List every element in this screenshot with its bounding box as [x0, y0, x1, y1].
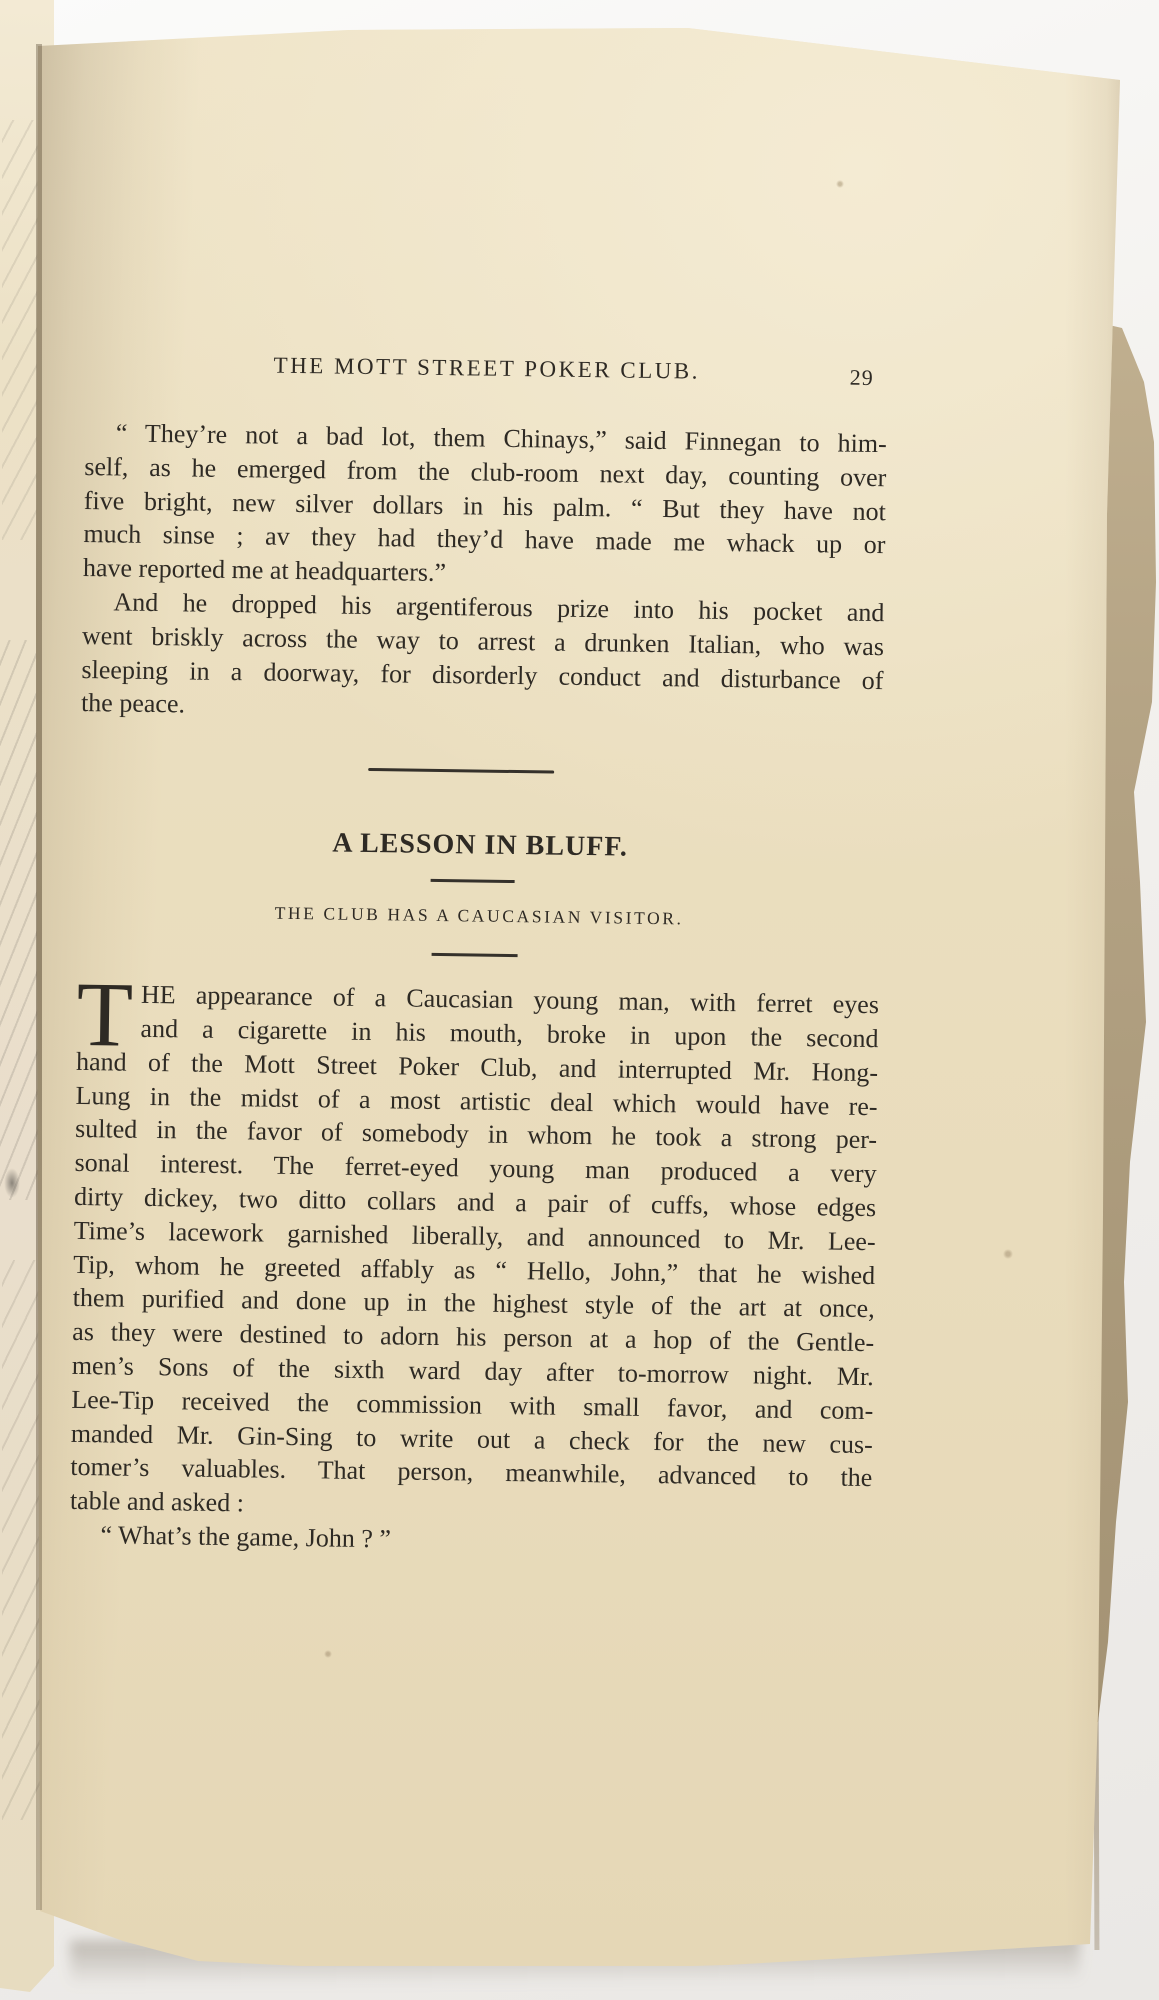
printed-text-block: THE MOTT STREET POKER CLUB. 29 “ They’re…: [69, 350, 888, 1563]
section-divider-rule: [368, 768, 554, 774]
paragraph-finnegan-quote: “ They’re not a bad lot, them Chinays,” …: [83, 416, 887, 596]
page-number: 29: [850, 365, 874, 391]
drop-cap-letter: T: [76, 968, 133, 1061]
ink-smudge: [4, 1168, 20, 1198]
running-head: THE MOTT STREET POKER CLUB.: [273, 353, 700, 384]
gutter-seam: [36, 44, 42, 1910]
paragraph-finnegan-exit: And he dropped his argentiferous prize i…: [81, 585, 885, 731]
drop-cap: T: [76, 981, 131, 1044]
chapter-title: A LESSON IN BLUFF.: [79, 823, 881, 868]
book-photo: THE MOTT STREET POKER CLUB. 29 “ They’re…: [0, 0, 1159, 2000]
subtitle-divider-rule: [432, 953, 518, 957]
chapter-paragraph-lines: HE appearance of a Caucasian young man, …: [70, 977, 879, 1529]
chapter-opening-paragraph: T HE appearance of a Caucasian young man…: [70, 977, 879, 1529]
chapter-subtitle: THE CLUB HAS A CAUCASIAN VISITOR.: [78, 898, 880, 933]
title-divider-rule: [431, 879, 515, 883]
